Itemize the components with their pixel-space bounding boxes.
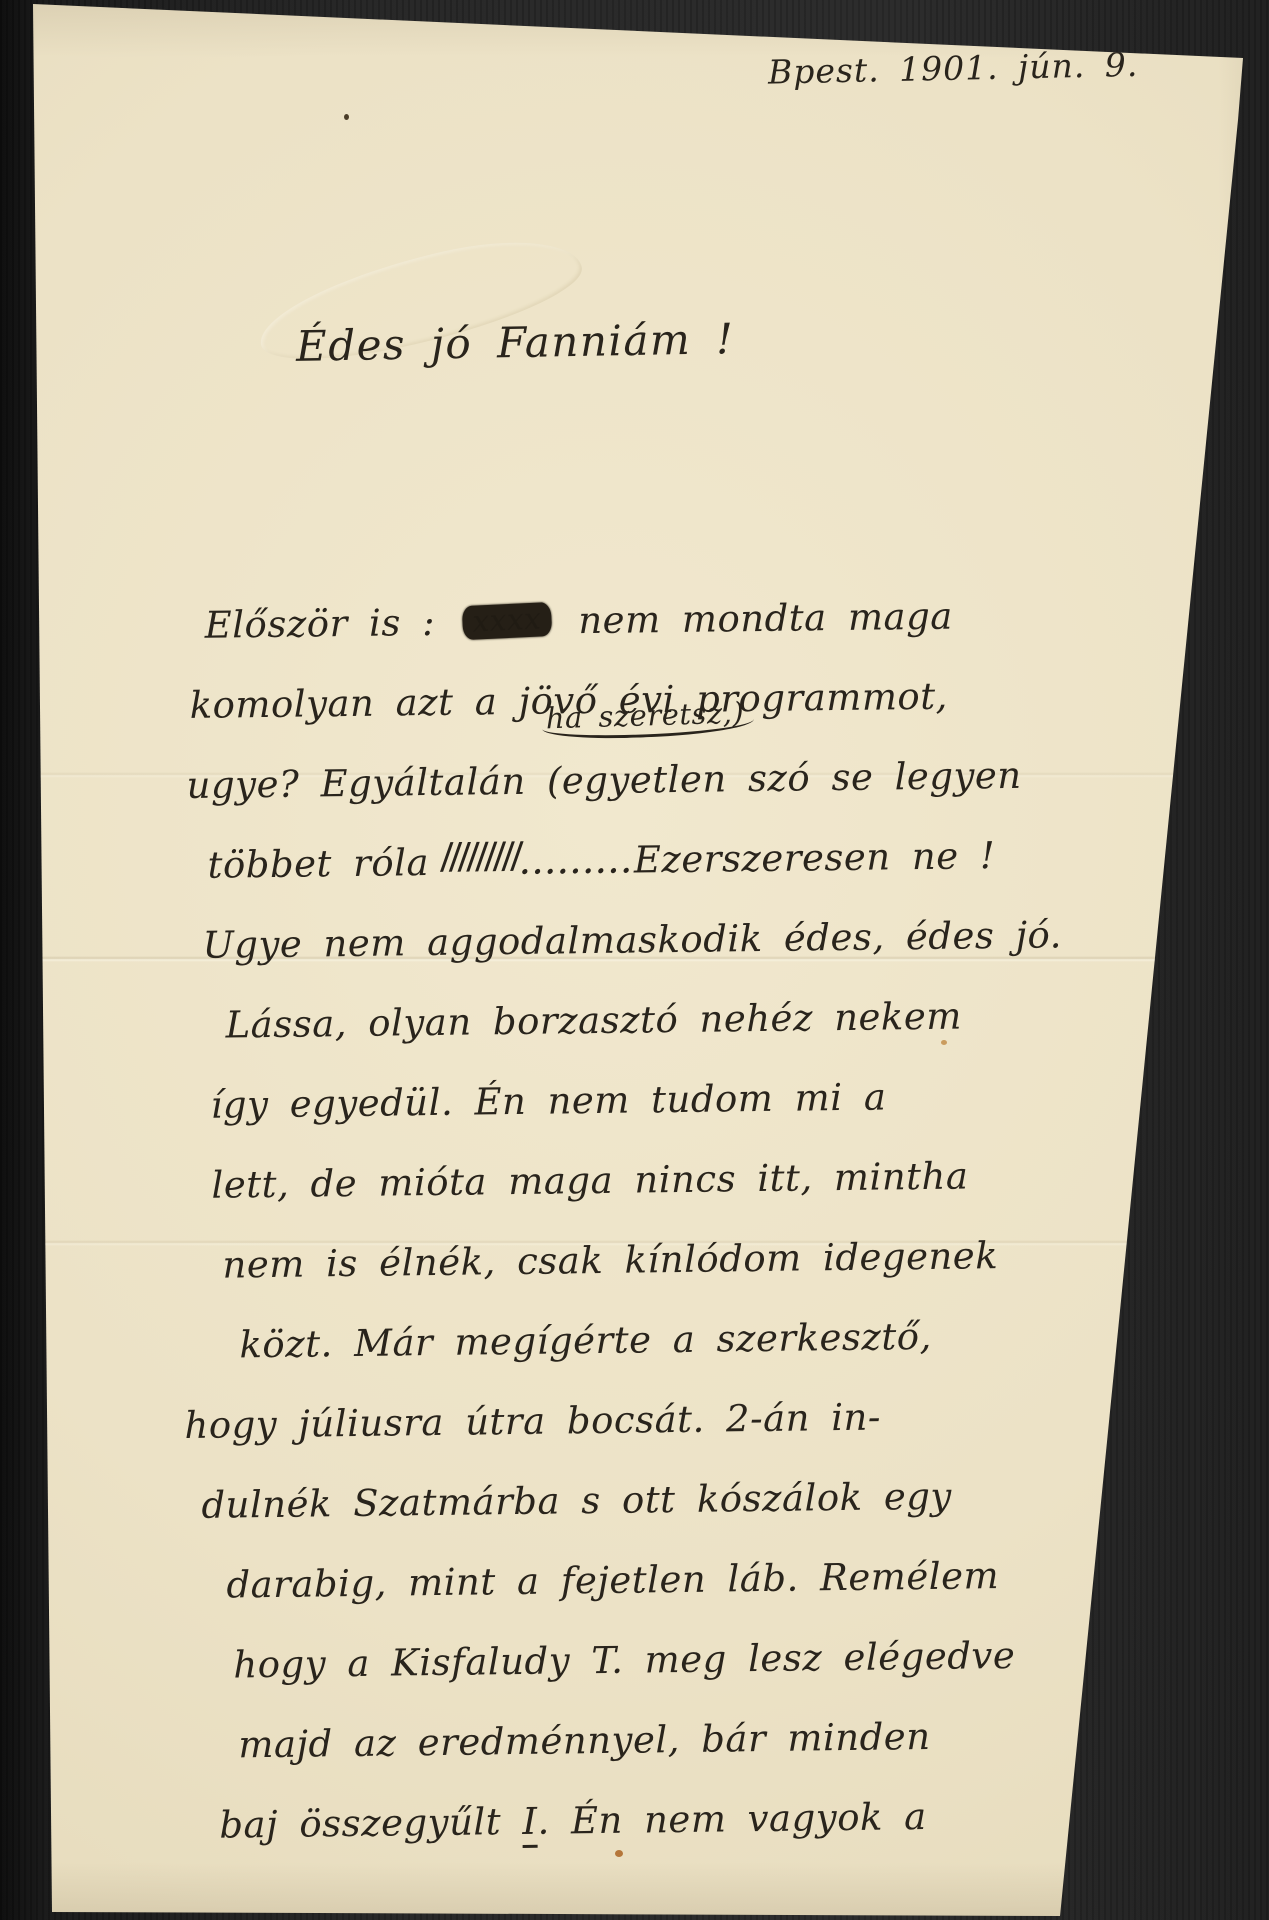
manuscript-line: többet róla|||||||||.........Ezerszerese…	[207, 816, 1026, 906]
manuscript-line: majd az eredménnyel, bár minden	[238, 1696, 1037, 1786]
text-segment: hogy júliusra útra bocsát. 2-án in-	[184, 1396, 881, 1448]
text-segment: majd az eredménnyel, bár minden	[238, 1715, 931, 1766]
manuscript-line: baj összegyűlt I. Én nem vagyok a	[219, 1776, 1038, 1866]
text-segment: |||||||||	[428, 814, 535, 895]
text-segment: darabig, mint a fejetlen láb. Remélem	[226, 1554, 999, 1606]
text-segment: dulnék Szatmárba s ott kószálok egy	[201, 1475, 952, 1527]
letter-paper-sheet: Bpest. 1901. jún. 9. Édes jó Fanniám ! h…	[0, 0, 1269, 1920]
text-segment: nem is élnék, csak kínlódom idegenek	[222, 1234, 998, 1286]
text-segment: baj összegyűlt	[219, 1800, 523, 1847]
manuscript-line: így egyedül. Én nem tudom mi a	[210, 1056, 1029, 1146]
manuscript-line: Ugye nem aggodalmaskodik édes, édes jó.	[202, 896, 1027, 986]
manuscript-line: hogy júliusra útra bocsát. 2-án in-	[184, 1376, 1033, 1466]
ink-speck	[344, 114, 349, 120]
manuscript-line: hogy a Kisfaludy T. meg lesz elégedve	[233, 1616, 1036, 1706]
text-segment: Lássa, olyan borzasztó nehéz nekem	[225, 995, 962, 1047]
salutation: Édes jó Fanniám !	[296, 314, 735, 371]
text-segment: lett, de mióta maga nincs itt, mintha	[211, 1154, 968, 1206]
manuscript-line: lett, de mióta maga nincs itt, mintha	[211, 1136, 1030, 1226]
text-segment: ugye? Egyáltalán (egyetlen szó se legyen	[186, 754, 1021, 807]
crossed-out-word: xxxx	[461, 602, 551, 640]
letter-scan-photo: { "page": { "background_color": "#262626…	[0, 0, 1269, 1920]
text-segment: így egyedül. Én nem tudom mi a	[210, 1075, 886, 1126]
manuscript-line: nem is élnék, csak kínlódom idegenek	[222, 1216, 1031, 1306]
text-segment: Ezerszeresen ne !	[634, 834, 996, 881]
text-segment: . Én nem vagyok a	[537, 1795, 927, 1843]
letter-body: ha szeretsz,) Először is : xxxx nem mond…	[0, 576, 1038, 1868]
text-segment: közt. Már megígérte a szerkesztő,	[239, 1315, 932, 1366]
manuscript-line: Először is : xxxx nem mondta maga	[204, 576, 1023, 666]
manuscript-line: dulnék Szatmárba s ott kószálok egy	[201, 1456, 1034, 1546]
manuscript-line: közt. Már megígérte a szerkesztő,	[239, 1296, 1032, 1386]
manuscript-line: ugye? Egyáltalán (egyetlen szó se legyen	[186, 736, 1025, 826]
text-segment: többet róla	[207, 841, 429, 887]
text-segment: I	[522, 1800, 538, 1848]
text-segment: hogy a Kisfaludy T. meg lesz elégedve	[233, 1634, 1015, 1687]
text-segment: .........	[520, 847, 634, 881]
manuscript-line: Lássa, olyan borzasztó nehéz nekem	[225, 976, 1028, 1066]
text-segment: Először is :	[204, 601, 456, 647]
text-segment: Ugye nem aggodalmaskodik édes, édes jó.	[202, 913, 1062, 966]
text-segment: nem mondta maga	[557, 595, 953, 643]
manuscript-line: darabig, mint a fejetlen láb. Remélem	[226, 1536, 1035, 1626]
